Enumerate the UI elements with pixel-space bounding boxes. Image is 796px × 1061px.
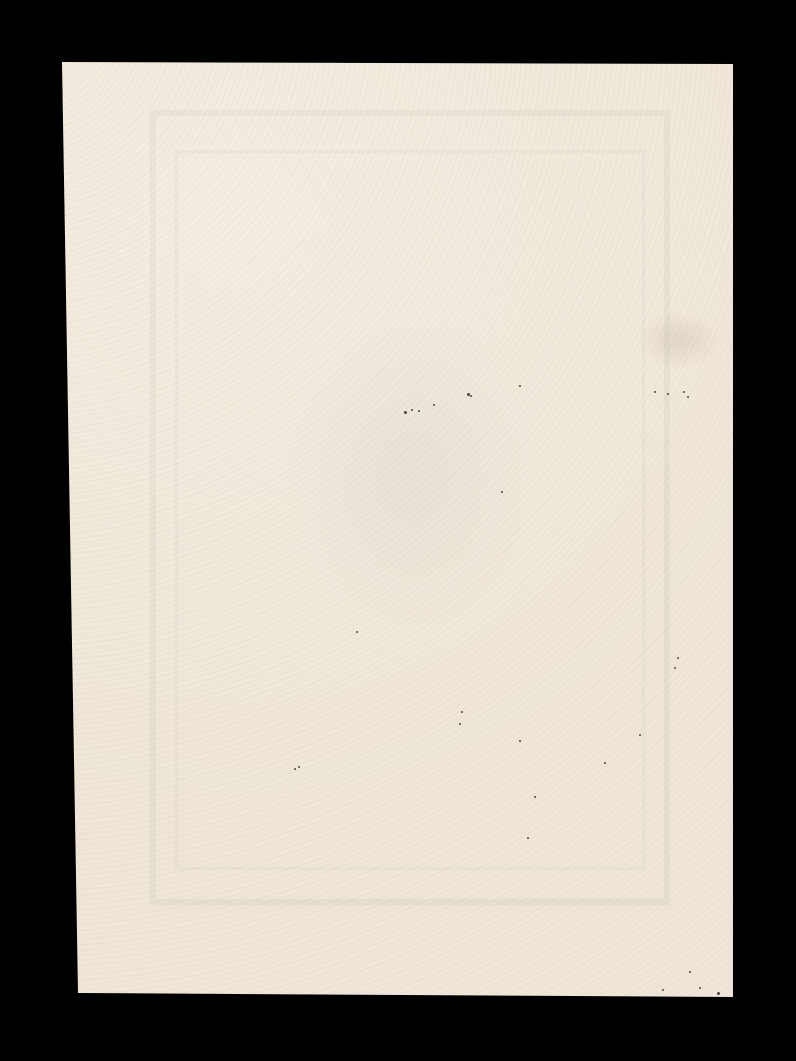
speck [687, 396, 689, 398]
show-through-frame [150, 110, 670, 905]
speck [654, 391, 656, 393]
speck [699, 987, 701, 989]
speck [470, 395, 472, 397]
speck [667, 393, 669, 395]
speck [459, 723, 461, 725]
speck [501, 491, 503, 493]
speck [674, 667, 676, 669]
speck [717, 992, 720, 995]
speck [298, 766, 300, 768]
speck [461, 711, 463, 713]
speck [411, 409, 413, 411]
speck [677, 657, 679, 659]
speck [683, 391, 685, 393]
speck [689, 971, 691, 973]
speck [639, 734, 641, 736]
speck [662, 989, 664, 991]
speck [433, 404, 435, 406]
show-through-inner-frame [175, 150, 645, 870]
speck [467, 393, 470, 396]
speck [519, 385, 521, 387]
speck [404, 411, 407, 414]
speck [527, 837, 529, 839]
speck [604, 762, 606, 764]
speck [418, 410, 420, 412]
speck [356, 631, 358, 633]
stamp-reverse [0, 0, 796, 1061]
speck [294, 768, 296, 770]
photo-stage [0, 0, 796, 1061]
speck [519, 740, 521, 742]
speck [534, 796, 536, 798]
